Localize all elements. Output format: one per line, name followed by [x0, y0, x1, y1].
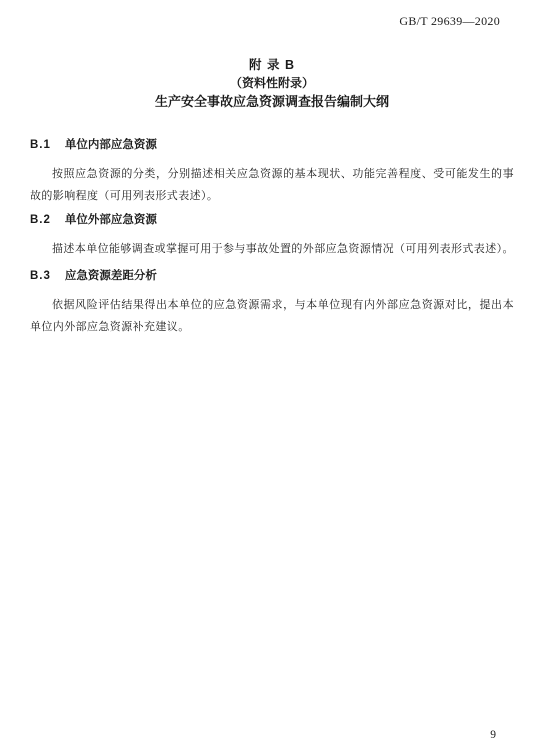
section-b3-paragraph: 依据风险评估结果得出本单位的应急资源需求，与本单位现有内外部应急资源对比，提出本… [30, 294, 514, 338]
section-b3-heading: B.3 应急资源差距分析 [30, 268, 514, 284]
section-b2-number: B.2 [30, 212, 51, 228]
page-content: 附 录 B （资料性附录） 生产安全事故应急资源调查报告编制大纲 B.1 单位内… [30, 56, 514, 338]
section-b1: B.1 单位内部应急资源 按照应急资源的分类，分别描述相关应急资源的基本现状、功… [30, 137, 514, 207]
section-b2: B.2 单位外部应急资源 描述本单位能够调查或掌握可用于参与事故处置的外部应急资… [30, 212, 514, 260]
section-b1-heading: B.1 单位内部应急资源 [30, 137, 514, 153]
appendix-title-block: 附 录 B （资料性附录） 生产安全事故应急资源调查报告编制大纲 [30, 56, 514, 111]
section-b3: B.3 应急资源差距分析 依据风险评估结果得出本单位的应急资源需求，与本单位现有… [30, 268, 514, 338]
section-b3-number: B.3 [30, 268, 51, 284]
section-b2-paragraph: 描述本单位能够调查或掌握可用于参与事故处置的外部应急资源情况（可用列表形式表述）… [30, 238, 514, 260]
standard-code-header: GB/T 29639—2020 [399, 14, 500, 29]
section-b1-paragraph: 按照应急资源的分类，分别描述相关应急资源的基本现状、功能完善程度、受可能发生的事… [30, 163, 514, 207]
page-number: 9 [490, 729, 496, 741]
section-b3-title: 应急资源差距分析 [65, 268, 157, 284]
section-b1-number: B.1 [30, 137, 51, 153]
section-b2-heading: B.2 单位外部应急资源 [30, 212, 514, 228]
appendix-subtitle: （资料性附录） [30, 74, 514, 92]
section-b2-title: 单位外部应急资源 [65, 212, 157, 228]
appendix-title: 附 录 B [30, 56, 514, 74]
section-b1-title: 单位内部应急资源 [65, 137, 157, 153]
appendix-document-title: 生产安全事故应急资源调查报告编制大纲 [30, 92, 514, 111]
document-page: GB/T 29639—2020 附 录 B （资料性附录） 生产安全事故应急资源… [0, 0, 546, 749]
